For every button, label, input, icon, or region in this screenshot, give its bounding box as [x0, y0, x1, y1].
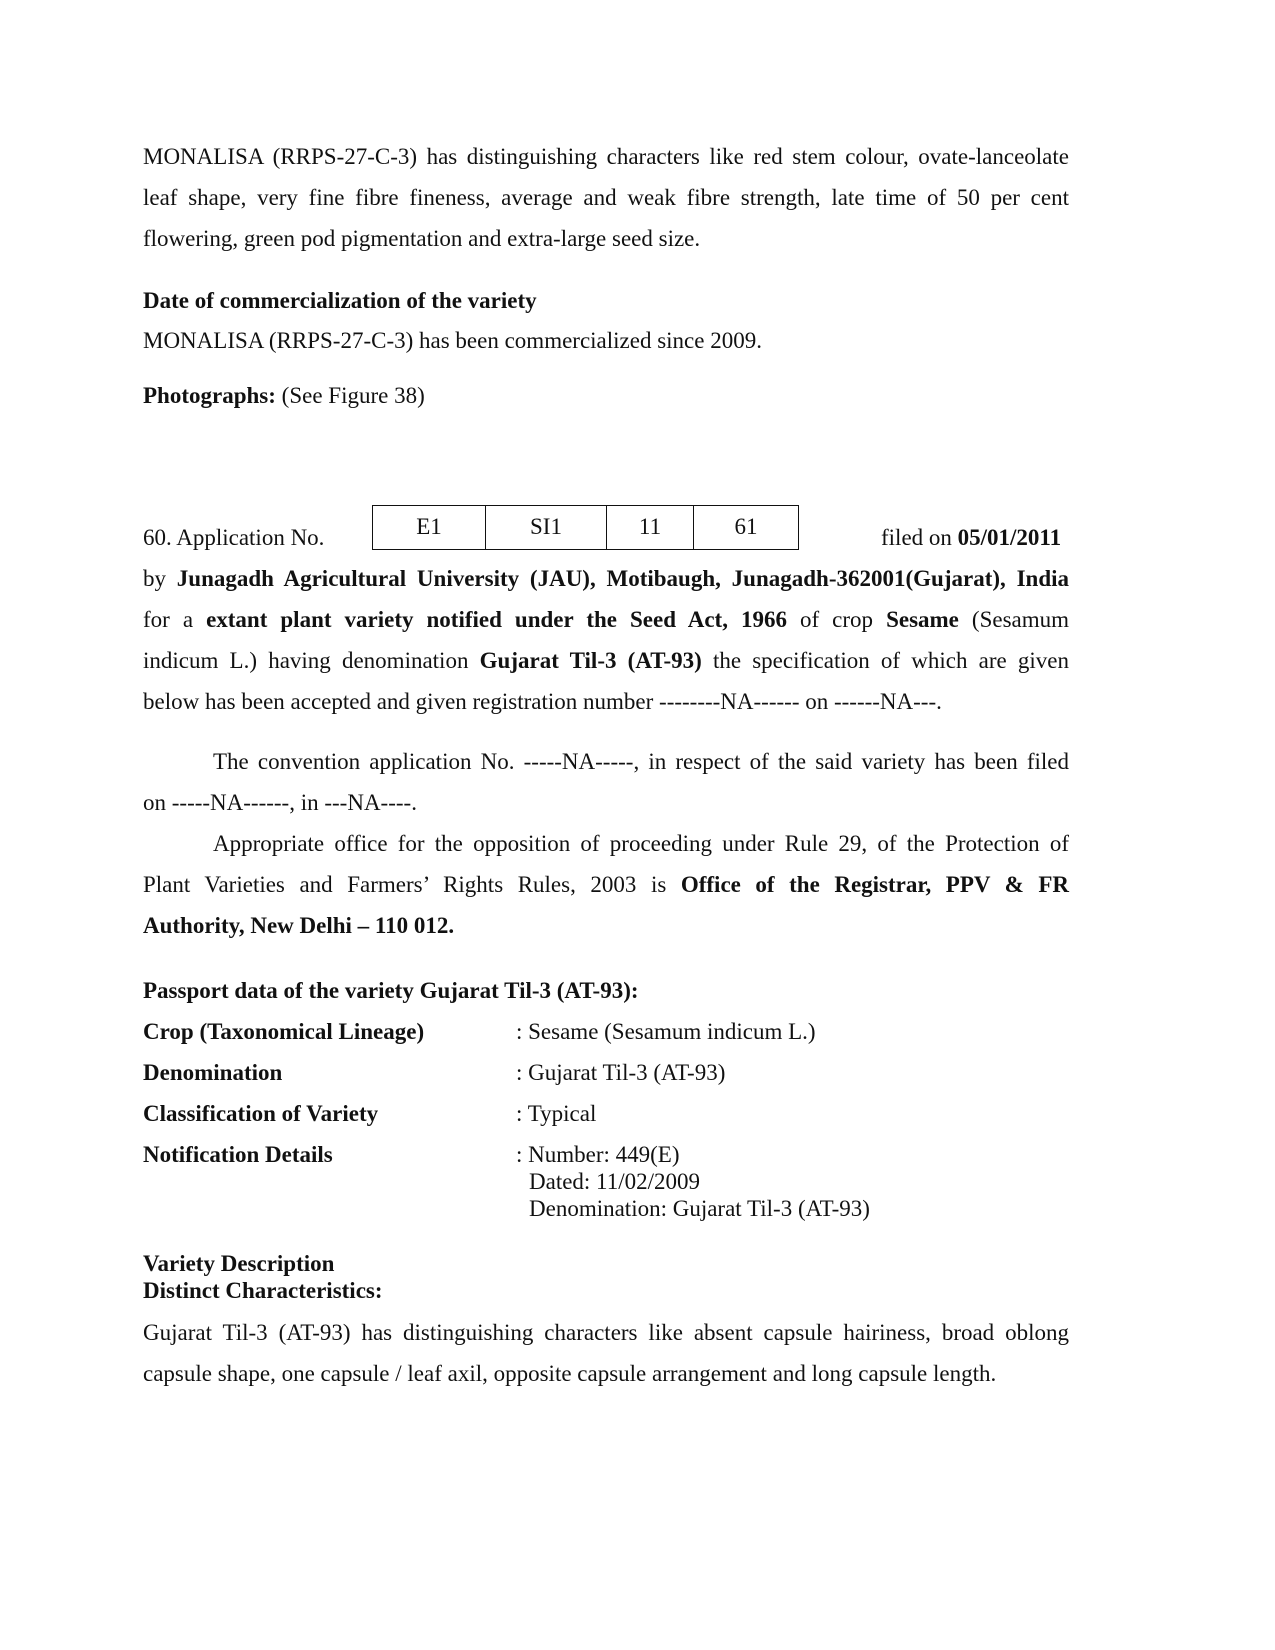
app-box-cell-2: SI1 [486, 506, 607, 549]
office-name: Office of the Registrar, PPV & FR [681, 872, 1069, 897]
text: for a [143, 607, 206, 632]
text: the specification of which are given [702, 648, 1069, 673]
denomination-line: indicum L.) having denomination Gujarat … [143, 647, 1069, 675]
app-box-cell-4: 61 [694, 506, 798, 549]
distinct-desc-line-1: Gujarat Til-3 (AT-93) has distinguishing… [143, 1319, 1069, 1347]
photographs-ref: (See Figure 38) [276, 383, 425, 408]
convention-line-1: The convention application No. -----NA--… [213, 748, 1069, 776]
filed-on-date: 05/01/2011 [958, 525, 1062, 550]
distinct-desc-line-2: capsule shape, one capsule / leaf axil, … [143, 1360, 1069, 1388]
passport-label-classification: Classification of Variety [143, 1100, 378, 1128]
variety-description-heading: Variety Description [143, 1250, 1069, 1278]
registration-line: below has been accepted and given regist… [143, 688, 1069, 716]
prev-desc-line-3: flowering, green pod pigmentation and ex… [143, 225, 1069, 253]
passport-label-denomination: Denomination [143, 1059, 282, 1087]
application-number-box: E1 SI1 11 61 [372, 505, 799, 550]
filed-on: filed on 05/01/2011 [881, 524, 1061, 552]
applicant-line: by Junagadh Agricultural University (JAU… [143, 565, 1069, 593]
applicant-name: Junagadh Agricultural University (JAU), … [177, 566, 1069, 591]
photographs-label: Photographs: [143, 383, 276, 408]
notification-denomination: Denomination: Gujarat Til-3 (AT-93) [529, 1195, 870, 1223]
office-line-2: Plant Varieties and Farmers’ Rights Rule… [143, 871, 1069, 899]
passport-label-notification: Notification Details [143, 1141, 333, 1169]
commercialization-heading: Date of commercialization of the variety [143, 287, 1069, 315]
text: (Sesamum [959, 607, 1069, 632]
convention-line-2: on -----NA------, in ---NA----. [143, 789, 1069, 817]
app-box-cell-3: 11 [607, 506, 694, 549]
passport-value-crop: : Sesame (Sesamum indicum L.) [516, 1018, 816, 1046]
passport-value-classification: : Typical [516, 1100, 596, 1128]
filed-on-label: filed on [881, 525, 958, 550]
app-box-cell-1: E1 [373, 506, 486, 549]
prev-desc-line-1: MONALISA (RRPS-27-C-3) has distinguishin… [143, 143, 1069, 171]
denomination-name: Gujarat Til-3 (AT-93) [480, 648, 702, 673]
prev-desc-line-2: leaf shape, very fine fibre fineness, av… [143, 184, 1069, 212]
text: by [143, 566, 177, 591]
text: indicum L.) having denomination [143, 648, 480, 673]
photographs-line: Photographs: (See Figure 38) [143, 382, 1069, 410]
text: of crop [787, 607, 886, 632]
application-prefix: 60. Application No. [143, 524, 324, 552]
passport-label-crop: Crop (Taxonomical Lineage) [143, 1018, 424, 1046]
variety-type: extant plant variety notified under the … [206, 607, 787, 632]
office-line-1: Appropriate office for the opposition of… [213, 830, 1069, 858]
notification-dated: Dated: 11/02/2009 [529, 1168, 700, 1196]
crop-name: Sesame [886, 607, 959, 632]
commercialization-text: MONALISA (RRPS-27-C-3) has been commerci… [143, 327, 1069, 355]
passport-value-denomination: : Gujarat Til-3 (AT-93) [516, 1059, 725, 1087]
passport-heading: Passport data of the variety Gujarat Til… [143, 977, 1069, 1005]
office-line-3: Authority, New Delhi – 110 012. [143, 912, 1069, 940]
distinct-characteristics-heading: Distinct Characteristics: [143, 1277, 1069, 1305]
text: Plant Varieties and Farmers’ Rights Rule… [143, 872, 681, 897]
variety-type-line: for a extant plant variety notified unde… [143, 606, 1069, 634]
passport-value-notification: : Number: 449(E) [516, 1141, 680, 1169]
